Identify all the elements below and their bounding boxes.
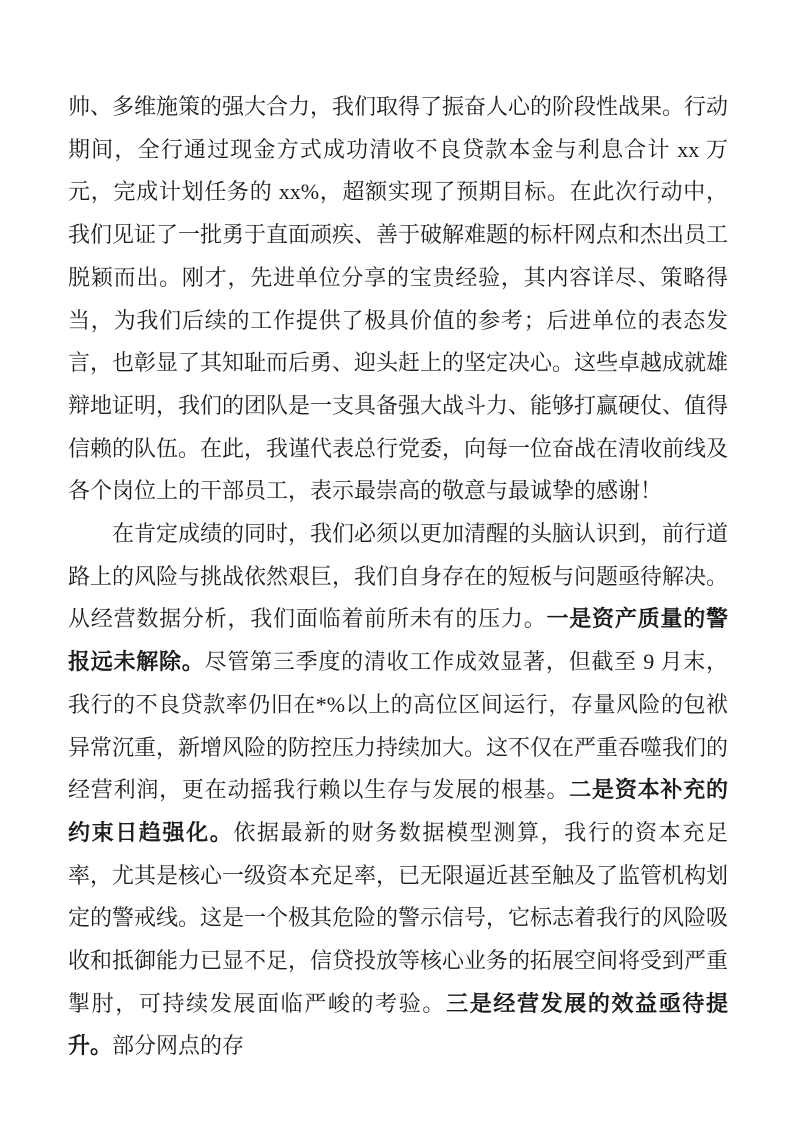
text-run: 依据最新的财务数据模型测算，我行的资本充足率，尤其是核心一级资本充足率，已无限逼… xyxy=(68,820,728,1016)
paragraph: 帅、多维施策的强大合力，我们取得了振奋人心的阶段性战果。行动期间，全行通过现金方… xyxy=(68,86,728,513)
text-run: 帅、多维施策的强大合力，我们取得了振奋人心的阶段性战果。行动期间，全行通过现金方… xyxy=(68,94,728,503)
document-page: 帅、多维施策的强大合力，我们取得了振奋人心的阶段性战果。行动期间，全行通过现金方… xyxy=(0,0,793,1122)
text-run: 部分网点的存 xyxy=(112,1033,244,1058)
document-body: 帅、多维施策的强大合力，我们取得了振奋人心的阶段性战果。行动期间，全行通过现金方… xyxy=(68,86,728,1068)
paragraph: 在肯定成绩的同时，我们必须以更加清醒的头脑认识到，前行道路上的风险与挑战依然艰巨… xyxy=(68,513,728,1068)
